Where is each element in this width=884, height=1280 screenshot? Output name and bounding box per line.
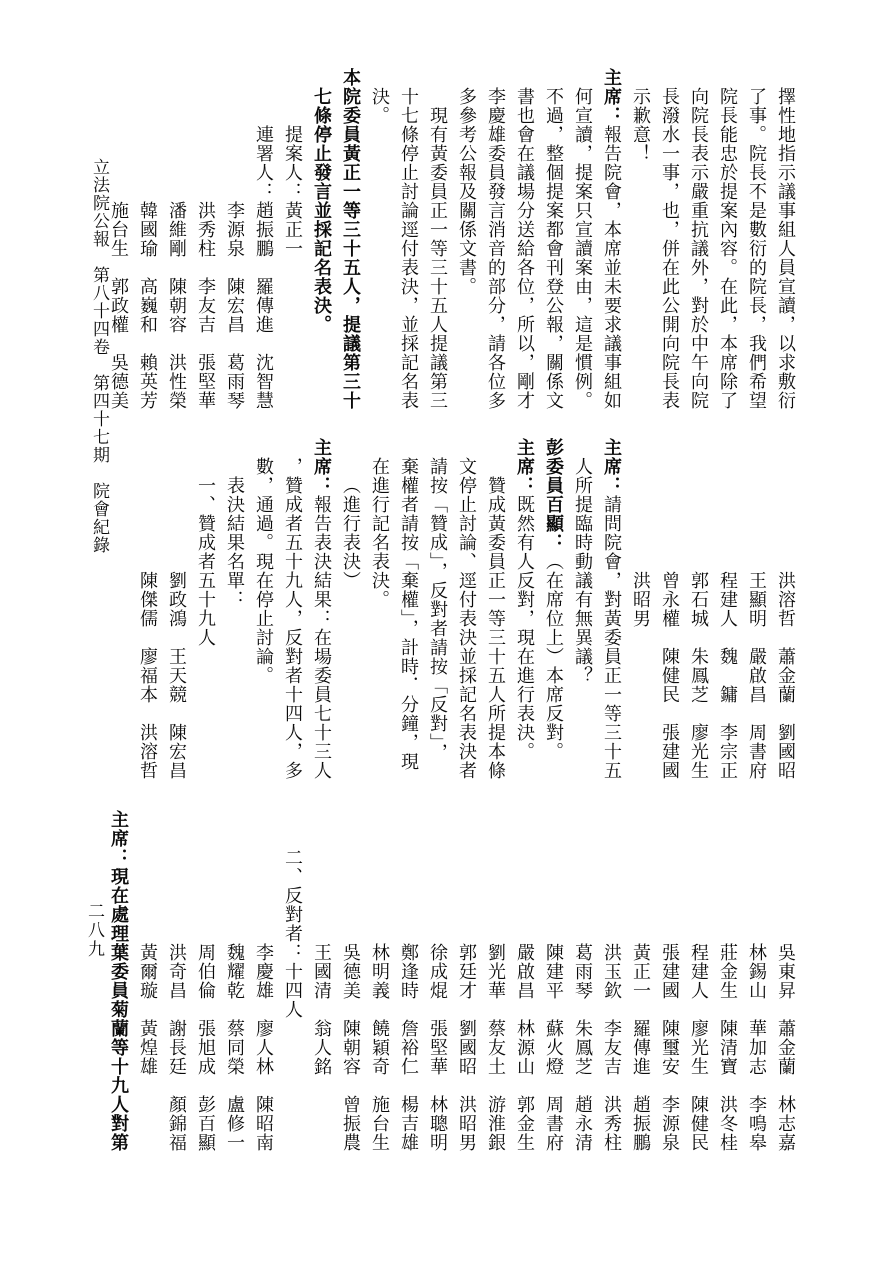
motion-heading-column: 七條停止發言並採記名表決。 — [307, 68, 336, 418]
speaker-line-column: 彭委員百顯：（在席位上）本席反對。 — [539, 438, 568, 788]
name-list-column: 洪秀柱 李友吉 張堅華 — [191, 68, 220, 418]
text-column: 提案人：黃正一 — [278, 68, 307, 418]
name-list-column: 林錫山 華加志 李鳴皋 — [742, 810, 771, 1160]
text-column: 擇性地指示議事組人員宣讀，以求敷衍 — [771, 68, 800, 418]
name-list-column: 李慶雄 廖人林 陳昭南 — [249, 810, 278, 1160]
name-list-column: 吳東昇 蕭金蘭 林志嘉 — [771, 810, 800, 1160]
name-list-column: 韓國瑜 高巍和 賴英芳 — [133, 68, 162, 418]
name-list-column: 洪奇昌 謝長廷 顏錦福 — [162, 810, 191, 1160]
text-column: ，贊成者五十九人，反對者十四人，多 — [278, 438, 307, 788]
name-list-column: 張建國 陳璽安 李源泉 — [655, 810, 684, 1160]
speaker-line-column: 主席：請問院會，對黃委員正一等三十五 — [597, 438, 626, 788]
name-list-column: 程建人 廖光生 陳健民 — [684, 810, 713, 1160]
text-column: 不過，整個提案都會刊登公報，關係文 — [539, 68, 568, 418]
speaker-line-column: 主席：報告表決結果：在場委員七十三人 — [307, 438, 336, 788]
name-list-column: 李源泉 陳宏昌 葛雨琴 — [220, 68, 249, 418]
name-list-column: 程建人 魏 鏞 李宗正 — [713, 438, 742, 788]
text-column: 李慶雄委員發言消音的部分，請各位多 — [481, 68, 510, 418]
name-list-column: 曾永權 陳健民 張建國 — [655, 438, 684, 788]
text-column: 棄權者請按「棄權」，計時．分鐘，現 — [394, 438, 423, 788]
name-list-column: 施台生 郭政權 吳德美 — [104, 68, 133, 418]
text-column: 了事。院長不是數衍的院長，我們希望 — [742, 68, 771, 418]
name-list-column: 陳建平 蘇火燈 周書府 — [539, 810, 568, 1160]
text-column: 多參考公報及關係文書。 — [452, 68, 481, 418]
motion-heading-column: 本院委員黃正一等三十五人，提議第三十 — [336, 68, 365, 418]
name-list-column: 洪玉欽 李友吉 洪秀柱 — [597, 810, 626, 1160]
text-column: 何宣讀，提案只宣讀案由，這是慣例。 — [568, 68, 597, 418]
name-list-column: 劉政鴻 王天競 陳宏昌 — [162, 438, 191, 788]
name-list-column: 王顯明 嚴啟昌 周書府 — [742, 438, 771, 788]
text-column: 書也會在議場分送給各位，所以，剛才 — [510, 68, 539, 418]
speaker-line-column: 主席：既然有人反對，現在進行表決。 — [510, 438, 539, 788]
text-column: 院長能忠於提案內容。在此，本席除了 — [713, 68, 742, 418]
name-list-column: 黃爾璇 黃煌雄 — [133, 810, 162, 1160]
text-column: 一、贊成者五十九人 — [191, 438, 220, 788]
text-column: 文停止討論、逕付表決並採記名表決者 — [452, 438, 481, 788]
name-list-column: 魏耀乾 蔡同榮 盧修一 — [220, 810, 249, 1160]
text-column: （進行表決） — [336, 438, 365, 788]
name-list-column: 吳德美 陳朝容 曾振農 — [336, 810, 365, 1160]
text-column: 長潑水一事，也，併在此公開向院長表 — [655, 68, 684, 418]
name-list-column: 林明義 饒穎奇 施台生 — [365, 810, 394, 1160]
name-list-column: 洪昭男 — [626, 438, 655, 788]
name-list-column: 劉光華 蔡友土 游淮銀 — [481, 810, 510, 1160]
name-list-column: 黃正一 羅傳進 趙振鵬 — [626, 810, 655, 1160]
register-top: 擇性地指示議事組人員宣讀，以求敷衍了事。院長不是數衍的院長，我們希望院長能忠於提… — [104, 68, 800, 418]
name-list-column: 嚴啟昌 林源山 郭金生 — [510, 810, 539, 1160]
name-list-column: 郭石城 朱鳳芝 廖光生 — [684, 438, 713, 788]
name-list-column: 郭廷才 劉國昭 洪昭男 — [452, 810, 481, 1160]
text-column: 二、反對者：十四人 — [278, 810, 307, 1160]
text-column: 現有黃委員正一等三十五人提議第三 — [423, 68, 452, 418]
register-middle: 洪溶哲 蕭金蘭 劉國昭王顯明 嚴啟昌 周書府程建人 魏 鏞 李宗正郭石城 朱鳳芝… — [133, 438, 800, 788]
name-list-column: 陳傑儒 廖福本 洪溶哲 — [133, 438, 162, 788]
text-column: 表決結果名單： — [220, 438, 249, 788]
name-list-column: 鄭逢時 詹裕仁 楊吉雄 — [394, 810, 423, 1160]
text-column: 連署人：趙振鵬 羅傳進 沈智慧 — [249, 68, 278, 418]
text-column: 請按「贊成」，反對者請按「反對」， — [423, 438, 452, 788]
text-column: 示歉意！ — [626, 68, 655, 418]
name-list-column: 葛雨琴 朱鳳芝 趙永清 — [568, 810, 597, 1160]
text-column: 數，通過。現在停止討論。 — [249, 438, 278, 788]
gazette-page: 立法院公報 第八十四卷 第四十七期 院會紀錄 二八九 擇性地指示議事組人員宣讀，… — [0, 0, 884, 1280]
name-list-column: 王國清 翁人銘 — [307, 810, 336, 1160]
name-list-column: 潘維剛 陳朝容 洪性榮 — [162, 68, 191, 418]
text-column: 十七條停止討論逕付表決，並採記名表 — [394, 68, 423, 418]
speaker-line-column: 主席：報告院會，本席並未要求議事組如 — [597, 68, 626, 418]
name-list-column: 莊金生 陳清寶 洪冬桂 — [713, 810, 742, 1160]
text-column: 決。 — [365, 68, 394, 418]
text-column: 人所提臨時動議有無異議？ — [568, 438, 597, 788]
name-list-column: 周伯倫 張旭成 彭百顯 — [191, 810, 220, 1160]
text-column: 在進行記名表決。 — [365, 438, 394, 788]
text-column: 向院長表示嚴重抗議外，對於中午向院 — [684, 68, 713, 418]
name-list-column: 徐成焜 張堅華 林聰明 — [423, 810, 452, 1160]
motion-heading-column: 主席：現在處理葉委員菊蘭等十九人對第 — [104, 810, 133, 1160]
register-bottom: 吳東昇 蕭金蘭 林志嘉林錫山 華加志 李鳴皋莊金生 陳清寶 洪冬桂程建人 廖光生… — [104, 810, 800, 1160]
text-column: 贊成黃委員正一等三十五人所提本條 — [481, 438, 510, 788]
name-list-column: 洪溶哲 蕭金蘭 劉國昭 — [771, 438, 800, 788]
